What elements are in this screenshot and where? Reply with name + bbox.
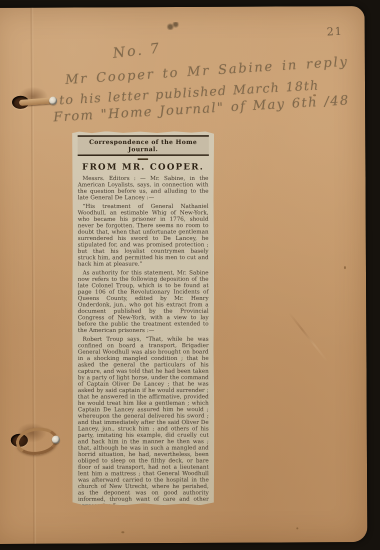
clipping-kicker: Correspondence of the Home Journal. (78, 135, 209, 156)
binding-string (19, 98, 52, 106)
ink-smudge (167, 22, 179, 30)
clipping-paragraph: Messrs. Editors : — Mr. Sabine, in the A… (78, 175, 209, 201)
paper-speck (296, 527, 298, 529)
paper-speck (121, 531, 124, 533)
paper-crease (288, 312, 328, 362)
clipping-column: Correspondence of the Home Journal. FROM… (72, 131, 214, 505)
binding-hole-bottom (11, 426, 63, 460)
clipping-paragraph: Robert Troup says, “That, while he was c… (78, 336, 209, 505)
string-tip-icon (52, 436, 60, 444)
clipping-paragraph: “His treatment of General Nathaniel Wood… (78, 203, 209, 267)
scrapbook-page: 21 No. 7 Mr Cooper to Mr Sabine in reply… (0, 6, 367, 544)
annotation-item-number: No. 7 (112, 41, 162, 62)
scrapbook-scan: 21 No. 7 Mr Cooper to Mr Sabine in reply… (0, 0, 380, 550)
clipping-paragraph: As authority for this statement, Mr. Sab… (78, 270, 209, 334)
divider-rule (138, 158, 148, 160)
newspaper-clipping: Correspondence of the Home Journal. FROM… (72, 131, 214, 505)
handwritten-annotations: No. 7 Mr Cooper to Mr Sabine in reply to… (0, 6, 365, 8)
paper-speck (344, 266, 346, 269)
page-number: 21 (326, 25, 343, 39)
clipping-headline: FROM MR. COOPER. (78, 162, 209, 173)
string-tip-icon (49, 97, 57, 105)
